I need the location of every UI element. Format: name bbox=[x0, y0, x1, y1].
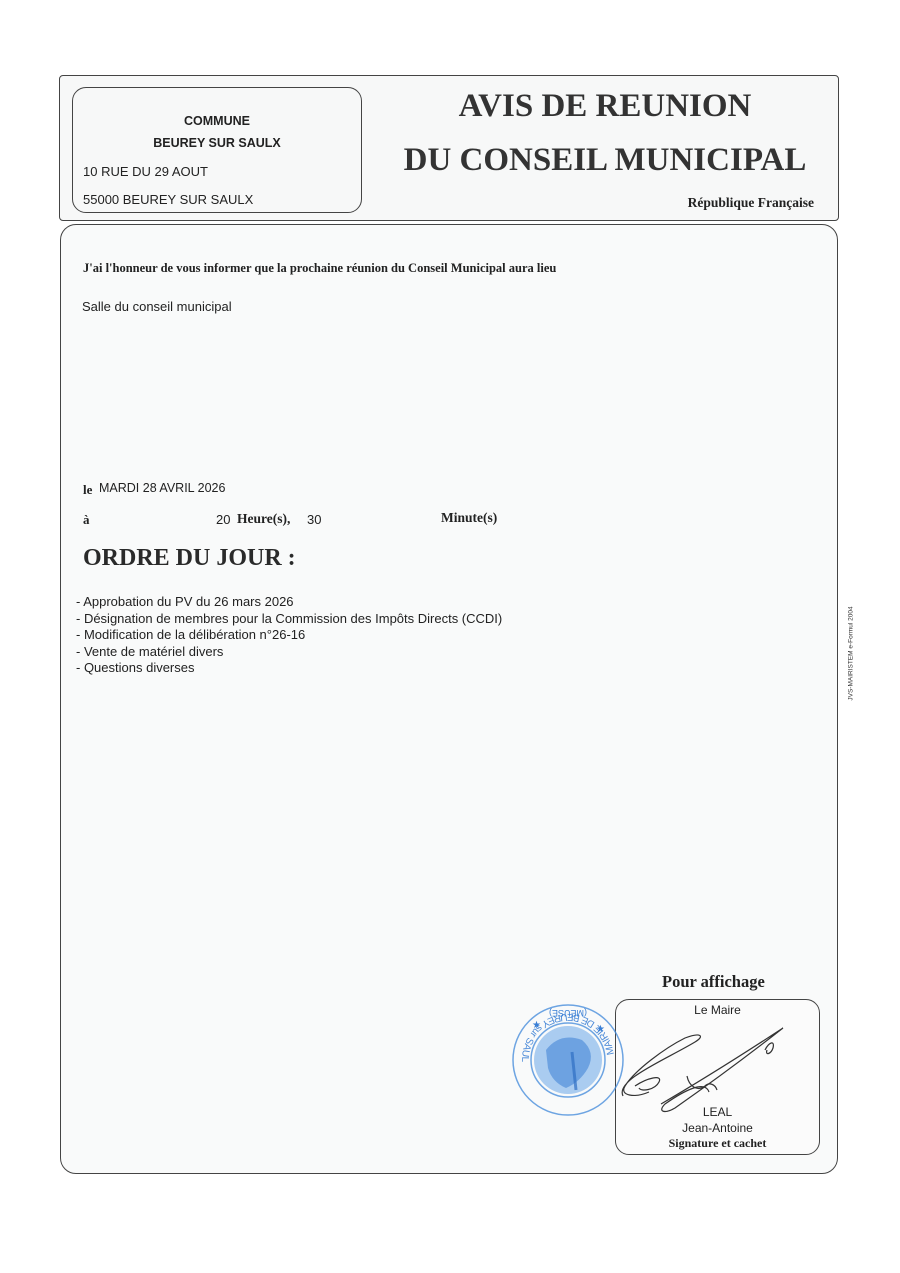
agenda-item: - Vente de matériel divers bbox=[76, 644, 502, 661]
commune-label: COMMUNE bbox=[73, 114, 361, 128]
mayor-first-name: Jean-Antoine bbox=[616, 1121, 819, 1135]
hours-label: Heure(s), bbox=[237, 511, 290, 527]
date-prefix: le bbox=[83, 482, 92, 498]
svg-text:★: ★ bbox=[596, 1024, 605, 1035]
stamp-top-text: (MEUSE) bbox=[549, 1008, 587, 1018]
intro-text: J'ai l'honneur de vous informer que la p… bbox=[83, 261, 556, 276]
address-line-2: 55000 BEUREY SUR SAULX bbox=[83, 192, 253, 207]
meeting-minutes: 30 bbox=[307, 512, 321, 527]
agenda-item: - Désignation de membres pour la Commiss… bbox=[76, 611, 502, 628]
document-title-line-2: DU CONSEIL MUNICIPAL bbox=[370, 142, 840, 179]
mayor-signature-icon bbox=[605, 1020, 795, 1120]
meeting-date: MARDI 28 AVRIL 2026 bbox=[99, 481, 225, 495]
posting-heading: Pour affichage bbox=[662, 972, 765, 992]
agenda-item: - Approbation du PV du 26 mars 2026 bbox=[76, 594, 502, 611]
commune-name: BEUREY SUR SAULX bbox=[73, 136, 361, 150]
agenda-item: - Modification de la délibération n°26-1… bbox=[76, 627, 502, 644]
time-prefix: à bbox=[83, 512, 90, 528]
commune-address-box: COMMUNE BEUREY SUR SAULX 10 RUE DU 29 AO… bbox=[72, 87, 362, 213]
minutes-label: Minute(s) bbox=[441, 510, 497, 526]
mayor-role: Le Maire bbox=[616, 1003, 819, 1017]
signature-caption: Signature et cachet bbox=[616, 1136, 819, 1151]
address-line-1: 10 RUE DU 29 AOUT bbox=[83, 164, 208, 179]
form-reference-note: JVS-MAIRISTEM e-Formul 2004 bbox=[848, 589, 855, 719]
agenda-title: ORDRE DU JOUR : bbox=[83, 545, 296, 572]
agenda-list: - Approbation du PV du 26 mars 2026 - Dé… bbox=[76, 594, 502, 677]
agenda-item: - Questions diverses bbox=[76, 660, 502, 677]
document-title-line-1: AVIS DE REUNION bbox=[370, 88, 840, 125]
svg-text:★: ★ bbox=[532, 1020, 541, 1031]
meeting-location: Salle du conseil municipal bbox=[82, 299, 232, 314]
republique-label: République Française bbox=[688, 195, 814, 211]
meeting-hours: 20 bbox=[216, 512, 230, 527]
